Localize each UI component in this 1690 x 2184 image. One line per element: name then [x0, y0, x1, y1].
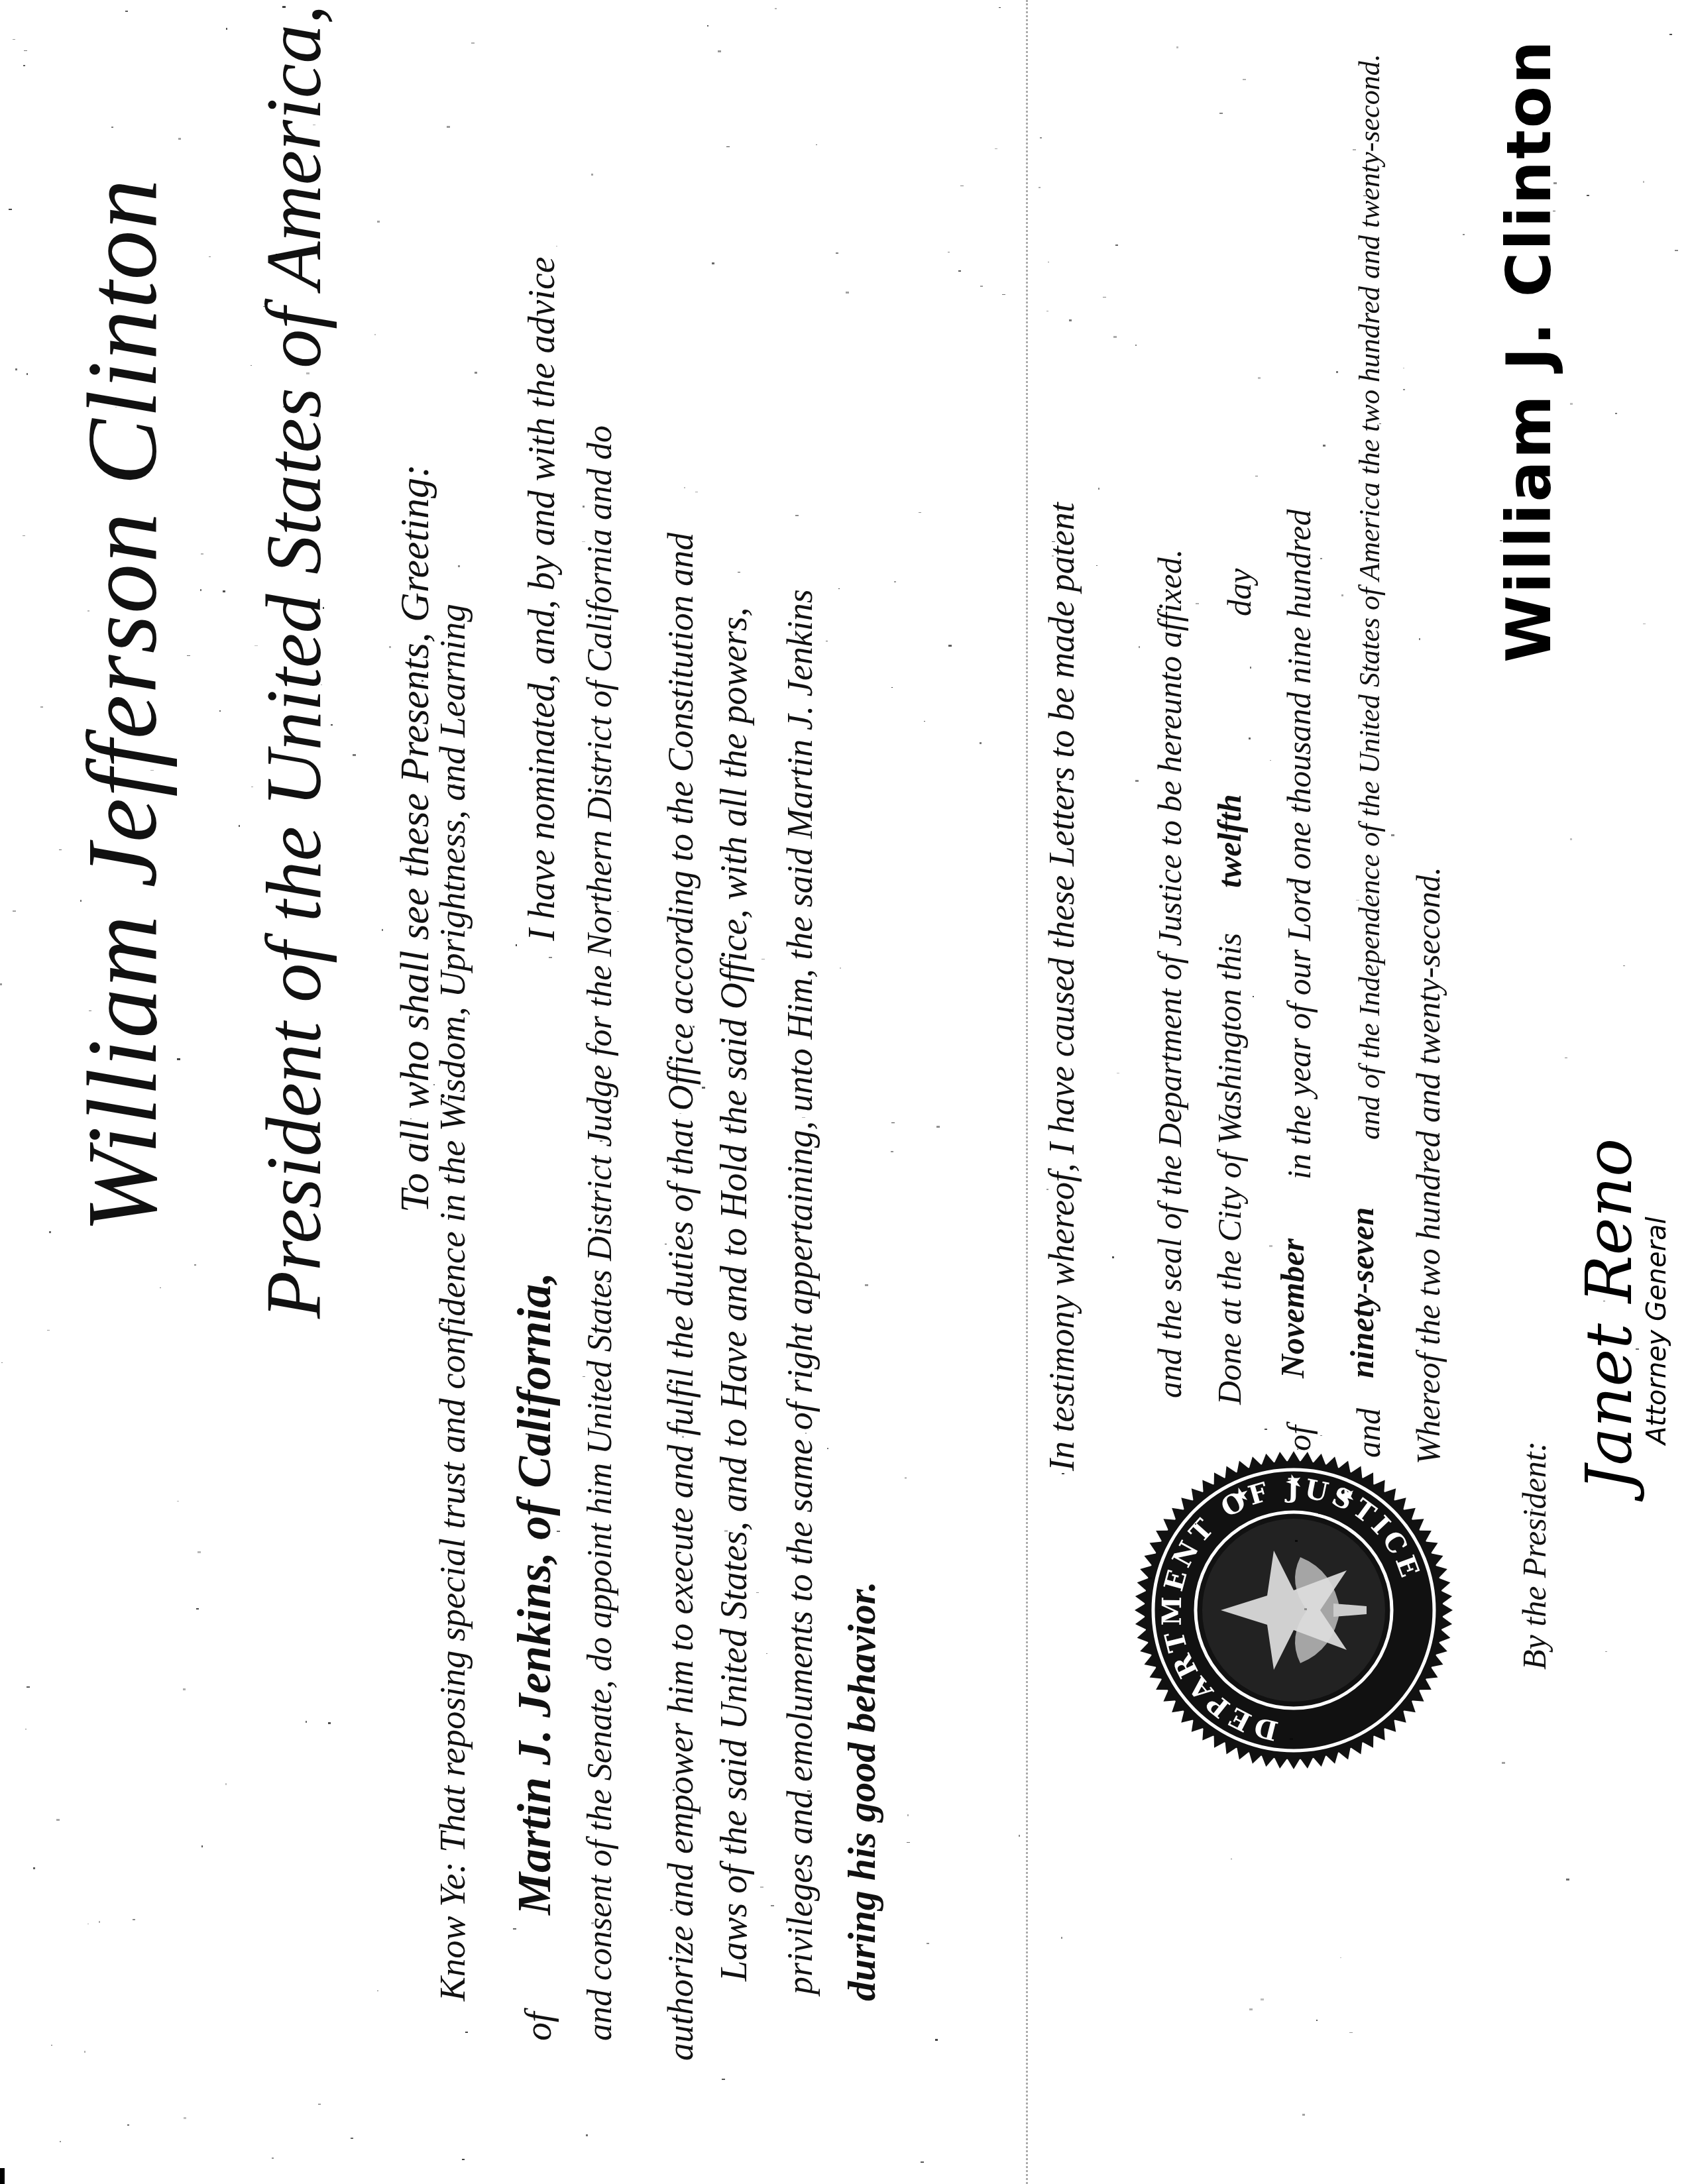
attorney-general-signature: Janet Reno [1577, 1120, 1641, 1491]
department-of-justice-seal: DEPARTMENT OF JUSTICE ★ ★ ★ [1135, 1451, 1453, 1769]
body-line-of: of [520, 1968, 557, 2041]
day-word: day [1223, 543, 1256, 616]
testimony-line-5-and: and [1352, 1392, 1385, 1458]
year-suffix: ninety-seven [1345, 1153, 1379, 1378]
testimony-line-4-of: of [1282, 1398, 1316, 1451]
eagle-icon [1202, 1519, 1385, 1702]
nominee-name-line: Martin J. Jenkins, of California, [510, 1034, 558, 1915]
testimony-line-1: In testimony whereof, I have caused thes… [1044, 530, 1080, 1471]
body-line-know-ye: Know Ye: That reposing special trust and… [434, 66, 471, 2001]
svg-text:★: ★ [1336, 1486, 1358, 1504]
independence-clause: and of the Independence of the United St… [1355, 543, 1384, 1140]
body-line-laws: Laws of the said United States, and to H… [716, 152, 753, 1981]
president-name-heading: William Jefferson Clinton [73, 199, 172, 1232]
testimony-line-6: Whereof the two hundred and twenty-secon… [1412, 802, 1445, 1464]
scan-edge-mark [0, 2168, 5, 2184]
body-line-authorize: authorize and empower him to execute and… [663, 80, 699, 2061]
fold-line [1026, 0, 1028, 2184]
day-ordinal: twelfth [1213, 716, 1246, 888]
body-line-consent: and consent of the Senate, do appoint hi… [583, 80, 618, 2041]
attorney-general-title: Attorney General [1644, 1126, 1670, 1445]
month: November [1276, 1193, 1309, 1378]
svg-text:★: ★ [1283, 1473, 1305, 1491]
by-the-president-label: By the President: [1518, 1411, 1551, 1670]
office-heading: President of the United States of Americ… [255, 285, 333, 1319]
greeting-line: To all who shall see these Presents, Gre… [394, 477, 435, 1213]
president-signature: William J. Clinton [1499, 285, 1560, 663]
body-line-good-behavior: during his good behavior. [842, 1458, 881, 2001]
testimony-line-2: and the seal of the Department of Justic… [1153, 583, 1186, 1398]
svg-text:★: ★ [1230, 1486, 1252, 1504]
year-clause: in the year of our Lord one thousand nin… [1282, 543, 1316, 1179]
commission-document: William Jefferson Clinton President of t… [0, 0, 1690, 2184]
nominated-clause: I have nominated, and, by and with the a… [524, 80, 561, 941]
body-line-privileges: privileges and emoluments to the same of… [782, 73, 818, 1994]
testimony-line-3: Done at the City of Washington this [1213, 928, 1246, 1405]
